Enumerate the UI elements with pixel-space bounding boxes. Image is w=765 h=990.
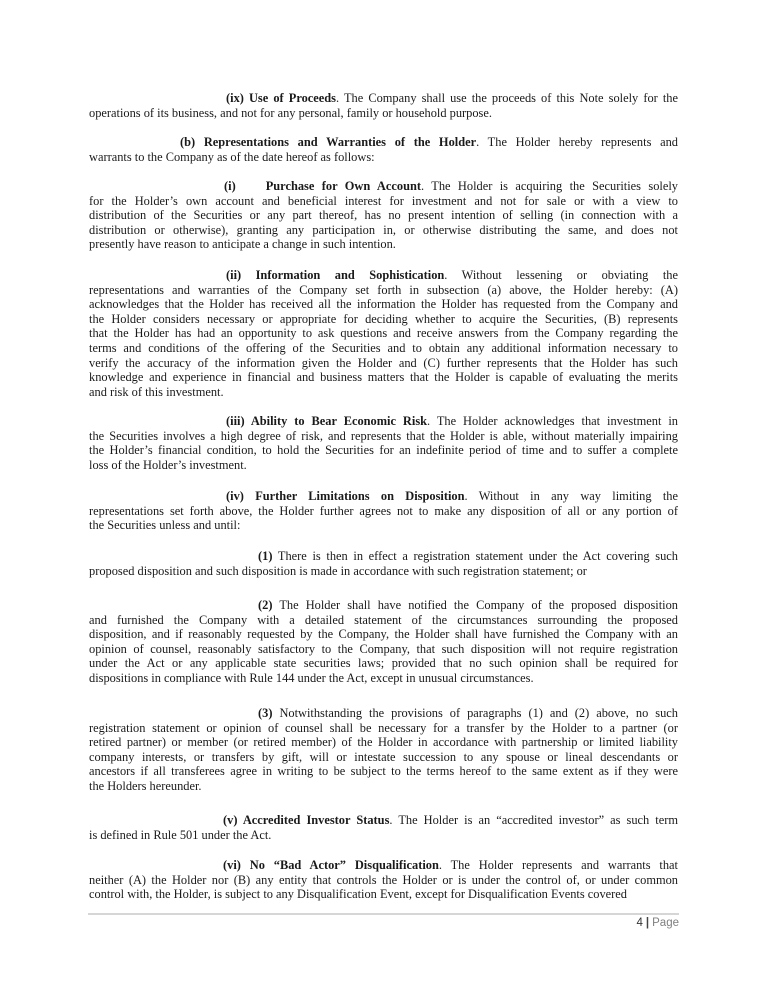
text-line: presently have reason to anticipate a ch… [89, 237, 678, 252]
paragraph-iv-1-registration-statement: (1) There is then in effect a registrati… [89, 549, 678, 578]
text-line: (i)Purchase for Own Account. The Holder … [89, 179, 678, 194]
text-line: (1) There is then in effect a registrati… [89, 549, 678, 564]
section-text: Notwithstanding the provisions of paragr… [272, 706, 678, 720]
text-line: verify the accuracy of the information g… [89, 356, 678, 371]
text-line: distribution of the Securities or any pa… [89, 208, 678, 223]
paragraph-vi-no-bad-actor: (vi) No “Bad Actor” Disqualification. Th… [89, 858, 678, 902]
text-line: (vi) No “Bad Actor” Disqualification. Th… [89, 858, 678, 873]
section-heading: (iv) Further Limitations on Disposition [226, 489, 465, 503]
document-page: (ix) Use of Proceeds. The Company shall … [0, 0, 765, 990]
paragraph-i-purchase-own-account: (i)Purchase for Own Account. The Holder … [89, 179, 678, 252]
text-line: disposition, and if reasonably requested… [89, 627, 678, 642]
section-heading: (v) Accredited Investor Status [223, 813, 389, 827]
text-line: the Securities involves a high degree of… [89, 429, 678, 444]
text-line: operations of its business, and not for … [89, 106, 678, 121]
section-heading: (2) [258, 598, 272, 612]
page-separator: | [646, 917, 649, 929]
text-line: distribution or otherwise), granting any… [89, 223, 678, 238]
section-heading: Purchase for Own Account [266, 179, 421, 193]
text-line: terms and conditions of the offering of … [89, 341, 678, 356]
text-line: is defined in Rule 501 under the Act. [89, 828, 678, 843]
section-text: . Without in any way limiting the [465, 489, 678, 503]
paragraph-b-representations-warranties: (b) Representations and Warranties of th… [89, 135, 678, 164]
text-line: for the Holder’s own account and benefic… [89, 194, 678, 209]
text-line: (ii) Information and Sophistication. Wit… [89, 268, 678, 283]
section-text: . The Holder hereby represents and [476, 135, 678, 149]
section-heading: (b) Representations and Warranties of th… [180, 135, 476, 149]
paragraph-ix-use-of-proceeds: (ix) Use of Proceeds. The Company shall … [89, 91, 678, 120]
text-line: ancestors if all transferees agree in wr… [89, 764, 678, 779]
section-heading: (1) [258, 549, 272, 563]
text-line: dispositions in compliance with Rule 144… [89, 671, 678, 686]
text-line: proposed disposition and such dispositio… [89, 564, 678, 579]
text-line: (ix) Use of Proceeds. The Company shall … [89, 91, 678, 106]
text-line: acknowledges that the Holder has receive… [89, 297, 678, 312]
section-text: . The Holder is an “accredited investor”… [389, 813, 678, 827]
text-line: (v) Accredited Investor Status. The Hold… [89, 813, 678, 828]
section-text: . The Holder acknowledges that investmen… [427, 414, 678, 428]
text-line: (iii) Ability to Bear Economic Risk. The… [89, 414, 678, 429]
paragraph-ii-information-sophistication: (ii) Information and Sophistication. Wit… [89, 268, 678, 399]
text-line: the Securities unless and until: [89, 518, 678, 533]
paragraph-iv-3-permitted-transfers: (3) Notwithstanding the provisions of pa… [89, 706, 678, 794]
text-line: representations and warranties of the Co… [89, 283, 678, 298]
paragraph-iii-ability-bear-economic-risk: (iii) Ability to Bear Economic Risk. The… [89, 414, 678, 472]
text-line: registration statement or opinion of cou… [89, 721, 678, 736]
section-text: . Without lessening or obviating the [444, 268, 678, 282]
section-heading: (ii) Information and Sophistication [226, 268, 444, 282]
section-heading: (ix) Use of Proceeds [226, 91, 336, 105]
section-text: . The Holder represents and warrants tha… [439, 858, 678, 872]
text-line: loss of the Holder’s investment. [89, 458, 678, 473]
text-line: (b) Representations and Warranties of th… [89, 135, 678, 150]
text-line: (3) Notwithstanding the provisions of pa… [89, 706, 678, 721]
text-line: the Holders hereunder. [89, 779, 678, 794]
section-heading: (iii) Ability to Bear Economic Risk [226, 414, 427, 428]
paragraph-iv-further-limitations-disposition: (iv) Further Limitations on Disposition.… [89, 489, 678, 533]
section-text: The Holder shall have notified the Compa… [272, 598, 678, 612]
text-line: the Holder considers necessary or approp… [89, 312, 678, 327]
section-heading: (3) [258, 706, 272, 720]
text-line: control with, the Holder, is subject to … [89, 887, 678, 902]
text-line: retired partner) or member (or retired m… [89, 735, 678, 750]
text-line: and risk of this investment. [89, 385, 678, 400]
page-label: Page [652, 917, 679, 929]
section-text: . The Company shall use the proceeds of … [336, 91, 678, 105]
section-heading: (vi) No “Bad Actor” Disqualification [223, 858, 439, 872]
paragraph-iv-2-notice-and-opinion: (2) The Holder shall have notified the C… [89, 598, 678, 686]
text-line: and furnished the Company with a detaile… [89, 613, 678, 628]
text-line: opinion of counsel, reasonably satisfact… [89, 642, 678, 657]
text-line: knowledge and experience in financial an… [89, 370, 678, 385]
text-line: neither (A) the Holder nor (B) any entit… [89, 873, 678, 888]
text-line: company interests, or transfers by gift,… [89, 750, 678, 765]
text-line: under the Act or any applicable state se… [89, 656, 678, 671]
text-line: that the Holder has had an opportunity t… [89, 326, 678, 341]
text-line: (iv) Further Limitations on Disposition.… [89, 489, 678, 504]
section-text: There is then in effect a registration s… [272, 549, 678, 563]
section-number: (i) [224, 179, 236, 193]
page-number: 4 [637, 917, 643, 929]
text-line: representations set forth above, the Hol… [89, 504, 678, 519]
section-text: . The Holder is acquiring the Securities… [421, 179, 678, 193]
text-line: (2) The Holder shall have notified the C… [89, 598, 678, 613]
text-line: the Holder’s financial condition, to hol… [89, 443, 678, 458]
page-footer: 4|Page [637, 917, 679, 929]
paragraph-v-accredited-investor-status: (v) Accredited Investor Status. The Hold… [89, 813, 678, 842]
footer-divider [88, 913, 679, 915]
text-line: warrants to the Company as of the date h… [89, 150, 678, 165]
